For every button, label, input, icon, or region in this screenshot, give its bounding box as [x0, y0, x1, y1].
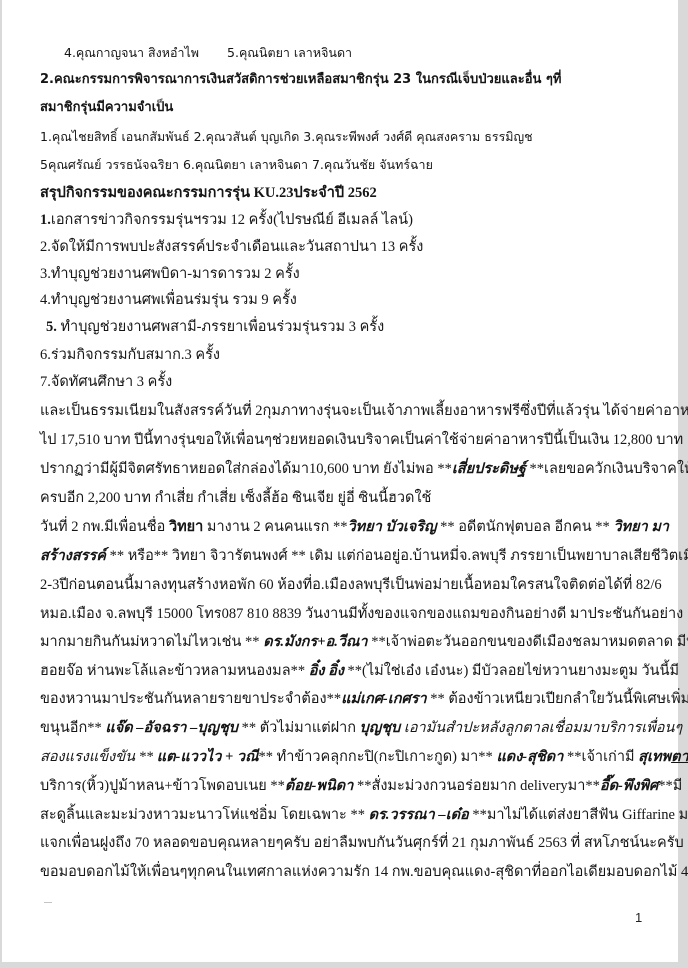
paragraph1-line3: ปรากฏว่ามีผู้มีจิตศรัทธาหยอดใส่กล่องได้ม… — [40, 460, 688, 478]
text: วันที่ 2 กพ.มีเพื่อนชื่อ — [40, 519, 169, 535]
committee1-members-tail: 4.คุณกาญจนา สิงหอำไพ5.คุณนิตยา เลาหจินดา — [64, 44, 352, 62]
highlighted-name: อิ๋ง อิ๋ง — [309, 663, 344, 679]
paragraph1-line2: ไป 17,510 บาท ปีนี้ทางรุ่นขอให้เพื่อนๆช่… — [40, 431, 683, 449]
item-text: ทำบุญช่วยงานศพสามี-ภรรยาเพื่อนร่วมรุ่นรว… — [57, 319, 384, 335]
text: ** ทำข้าวคลุกกะปิ(กะปิเกาะกูด) มา** — [259, 749, 497, 765]
summary-item-3: 3.ทำบุญช่วยงานศพบิดา-มารดารวม 2 ครั้ง — [40, 265, 300, 283]
item-text: จัดทัศนศึกษา 3 ครั้ง — [51, 374, 172, 390]
committee2-heading-line1: 2.คณะกรรมการพิจารณาการเงินสวัสดิการช่วยเ… — [40, 71, 561, 89]
item-text: ทำบุญช่วยงานศพเพื่อนร่มรุ่น รวม 9 ครั้ง — [51, 292, 297, 308]
text: **สั่งมะม่วงกวนอร่อยมาก deliveryมา** — [353, 778, 600, 794]
highlighted-name: สร้างสรรค์ — [40, 548, 106, 564]
summary-item-1: 1.เอกสารข่าวกิจกรรมรุ่นฯรวม 12 ครั้ง(ไปร… — [40, 211, 413, 229]
paragraph2-line7: ของหวานมาประชันกันหลายรายขาประจำต้อง**แม… — [40, 690, 688, 708]
text: ฮอยจ๊อ ห่านพะโล้และข้าวหลามหนองมล** — [40, 663, 309, 679]
text: ของหวานมาประชันกันหลายรายขาประจำต้อง** — [40, 691, 341, 707]
committee2-heading-line2: สมาชิกรุ่นมีความจำเป็น — [40, 99, 173, 117]
item-text: ทำบุญช่วยงานศพบิดา-มารดารวม 2 ครั้ง — [51, 266, 300, 282]
highlighted-name: เสี่ยประดิษฐ์ — [452, 461, 526, 477]
text: **เลยขอควักเงินบริจาคให้ — [526, 461, 688, 477]
text: เอามันสำปะหลังลูกตาลเชื่อมมาบริการเพื่อน… — [400, 720, 682, 736]
summary-heading: สรุปกิจกรรมของคณะกรรมการรุ่น KU.23ประจำป… — [40, 184, 377, 202]
highlighted-name: แจ๊ด –อัจฉรา –บุญชุบ — [105, 720, 238, 736]
highlighted-name: วิทยา — [169, 519, 203, 535]
committee2-members-line1: 1.คุณไชยสิทธิ์ เอนกสัมพันธ์ 2.คุณวสันต์ … — [40, 128, 533, 146]
underlined-text: ตาม — [671, 749, 688, 765]
member-4: 4.คุณกาญจนา สิงหอำไพ — [64, 45, 199, 60]
text: **มี — [658, 778, 682, 794]
item-text: ร่วมกิจกรรมกับสมาก.3 ครั้ง — [51, 347, 220, 363]
highlighted-name: แต-แววไว + วณี — [157, 749, 259, 765]
summary-item-7: 7.จัดทัศนศึกษา 3 ครั้ง — [40, 373, 172, 391]
item-number: 5. — [46, 319, 57, 335]
summary-item-4: 4.ทำบุญช่วยงานศพเพื่อนร่มรุ่น รวม 9 ครั้… — [40, 291, 297, 309]
text: ปรากฏว่ามีผู้มีจิตศรัทธาหยอดใส่กล่องได้ม… — [40, 461, 452, 477]
item-text: เอกสารข่าวกิจกรรมรุ่นฯรวม 12 ครั้ง(ไปรษณ… — [51, 212, 413, 228]
paragraph2-line4: หมอ.เมือง จ.ลพบุรี 15000 โทร087 810 8839… — [40, 605, 683, 623]
paragraph2-line9: สองแรงแข็งขัน ** แต-แววไว + วณี** ทำข้าว… — [40, 748, 688, 766]
highlighted-name: แดง-สุชิดา — [496, 749, 563, 765]
paragraph2-line2: สร้างสรรค์ ** หรือ** วิทยา จิวารัตนพงศ์ … — [40, 547, 688, 565]
text: มากมายกินกันม่หวาดไม่ไหวเช่น ** — [40, 634, 263, 650]
document-page: 4.คุณกาญจนา สิงหอำไพ5.คุณนิตยา เลาหจินดา… — [2, 0, 678, 962]
text: **เจ้าเก่ามี — [563, 749, 638, 765]
text: ขนุนอีก** — [40, 720, 105, 736]
paragraph2-line13: ขอมอบดอกไม้ให้เพื่อนๆทุกคนในเทศกาลแห่งคว… — [40, 863, 688, 881]
paragraph2-line12: แจกเพื่อนฝูงถึง 70 หลอดขอบคุณหลายๆครับ อ… — [40, 834, 684, 852]
paragraph2-line11: สะดูลิ้นและมะม่วงหาวมะนาวโห่แช่อิ่ม โดยเ… — [40, 806, 688, 824]
text: ** ต้องข้าวเหนียวเปียกลำใยวันนี้พิเศษเพิ… — [427, 691, 688, 707]
item-number: 1. — [40, 212, 51, 228]
paragraph2-line3: 2-3ปีก่อนตอนนี้มาลงทุนสร้างหอพัก 60 ห้อง… — [40, 576, 662, 594]
highlighted-name: วิทยา มา — [613, 519, 669, 535]
text: **มาไม่ได้แต่ส่งยาสีฟัน Giffarine มา — [469, 807, 688, 823]
item-number: 6. — [40, 347, 51, 363]
highlighted-name: อี๊ด-พึงพิศ — [600, 778, 658, 794]
item-number: 7. — [40, 374, 51, 390]
highlighted-name: แม่เกศ-เกศรา — [341, 691, 427, 707]
item-text: จัดให้มีการพบปะสังสรรค์ประจำเดือนและวันส… — [51, 239, 423, 255]
item-number: 4. — [40, 292, 51, 308]
text: ** อดีตนักฟุตบอล อีกคน ** — [436, 519, 613, 535]
item-number: 3. — [40, 266, 51, 282]
paragraph2-line1: วันที่ 2 กพ.มีเพื่อนชื่อ วิทยา มางาน 2 ค… — [40, 518, 669, 536]
trailing-marks: .... — [44, 896, 52, 905]
highlighted-name: วิทยา บัวเจริญ — [348, 519, 437, 535]
highlighted-name: ต้อย-พนิดา — [285, 778, 353, 794]
paragraph2-line6: ฮอยจ๊อ ห่านพะโล้และข้าวหลามหนองมล** อิ๋ง… — [40, 662, 679, 680]
paragraph2-line8: ขนุนอีก** แจ๊ด –อัจฉรา –บุญชุบ ** ตัวไม่… — [40, 719, 682, 737]
member-5: 5.คุณนิตยา เลาหจินดา — [227, 45, 352, 60]
item-number: 2. — [40, 239, 51, 255]
summary-item-6: 6.ร่วมกิจกรรมกับสมาก.3 ครั้ง — [40, 346, 220, 364]
text: ** ตัวไม่มาแต่ฝาก — [238, 720, 360, 736]
paragraph2-line5: มากมายกินกันม่หวาดไม่ไหวเช่น ** ดร.มังกร… — [40, 633, 688, 651]
text: มางาน 2 คนคนแรก ** — [203, 519, 347, 535]
summary-item-5: 5. ทำบุญช่วยงานศพสามี-ภรรยาเพื่อนร่วมรุ่… — [46, 318, 384, 336]
highlighted-name: สุเทพ — [638, 749, 671, 765]
highlighted-name: บุญชุบ — [360, 720, 401, 736]
text: **เจ้าพ่อตะวันออกขนของดีเมืองชลมาหมดตลาด… — [368, 634, 688, 650]
paragraph1-line4: ครบอีก 2,200 บาท กำเสี่ย กำเสี่ย เซ็งลี้… — [40, 489, 431, 507]
summary-item-2: 2.จัดให้มีการพบปะสังสรรค์ประจำเดือนและวั… — [40, 238, 423, 256]
text: ** หรือ** วิทยา จิวารัตนพงศ์ ** เดิม แต่… — [106, 548, 688, 564]
paragraph1-line1: และเป็นธรรมเนียมในสังสรรค์วันที่ 2กุมภาท… — [40, 402, 688, 420]
text: สะดูลิ้นและมะม่วงหาวมะนาวโห่แช่อิ่ม โดยเ… — [40, 807, 369, 823]
paragraph2-line10: บริการ(หิ้ว)ปูม้าหลน+ข้าวโพดอบเนย **ต้อย… — [40, 777, 682, 795]
text: สองแรงแข็งขัน ** — [40, 749, 157, 765]
text: บริการ(หิ้ว)ปูม้าหลน+ข้าวโพดอบเนย ** — [40, 778, 285, 794]
highlighted-name: ดร.มังกร+อ.วีณา — [263, 634, 367, 650]
committee2-members-line2: 5คุณศรัณย์ วรรธนัจฉริยา 6.คุณนิตยา เลาหจ… — [40, 156, 433, 174]
page-number: 1 — [635, 910, 642, 925]
text: **(ไม่ใช่เอ๋ง เอ๋งนะ) มีบัวลอยไข่หวานยาง… — [344, 663, 679, 679]
highlighted-name: ดร.วรรณา –เด๋อ — [369, 807, 469, 823]
